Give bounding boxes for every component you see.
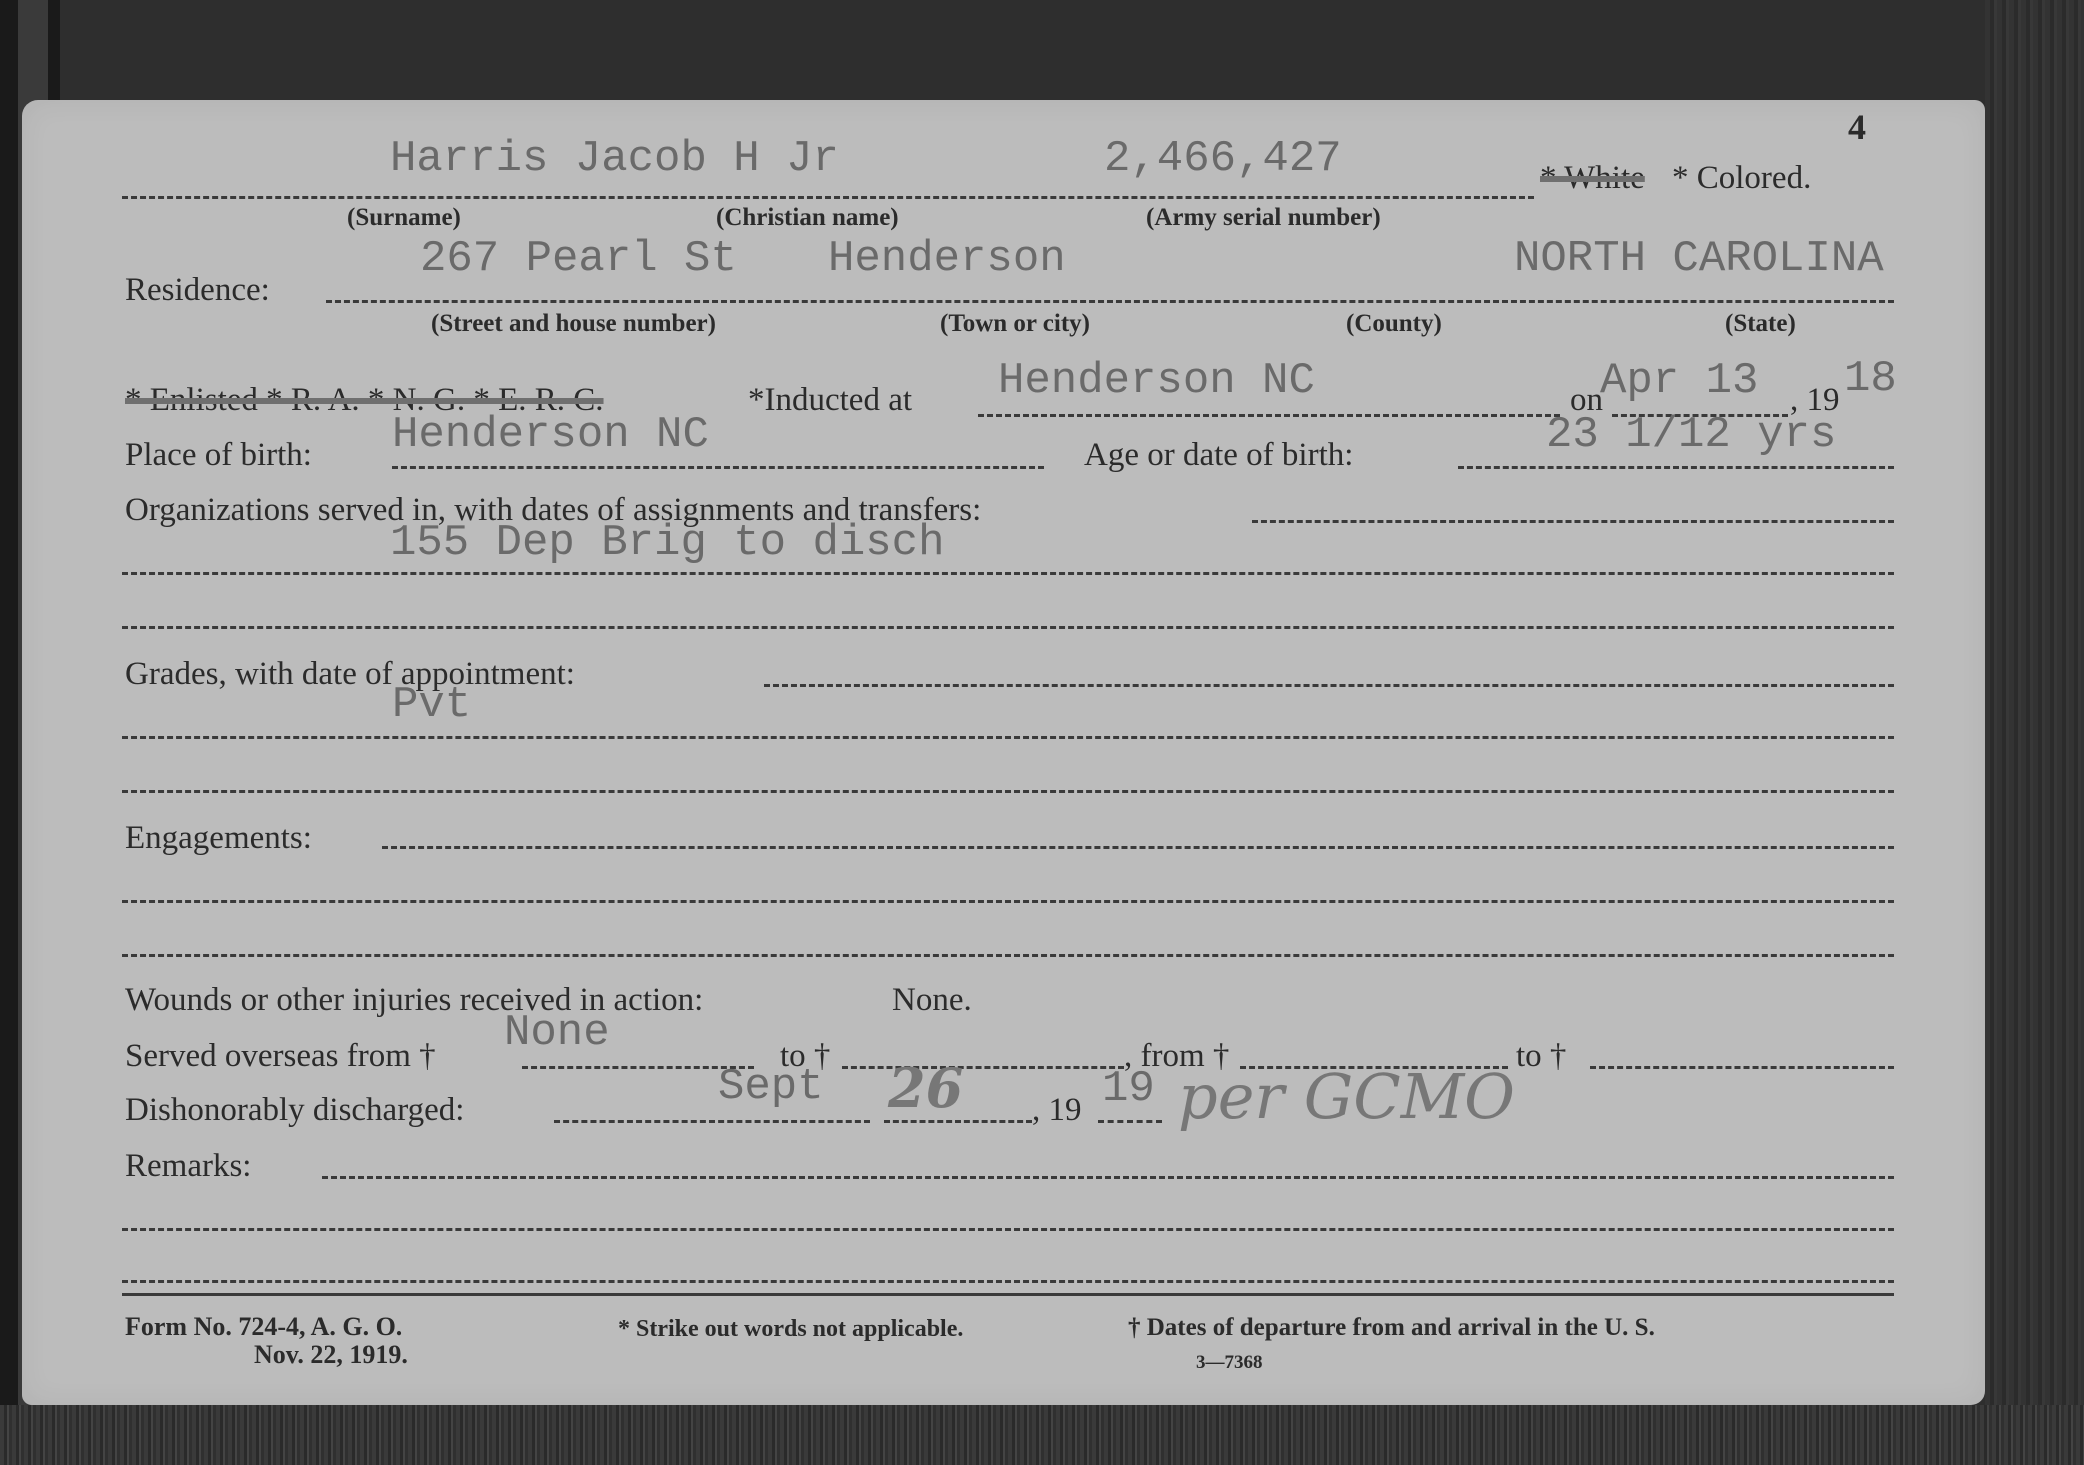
race-option-white: * White <box>1540 160 1645 197</box>
race-option-colored: * Colored. <box>1672 160 1811 197</box>
age-line <box>1458 466 1894 469</box>
residence-state-value: NORTH CAROLINA <box>1514 234 1884 284</box>
service-record-card: 4 Harris Jacob H Jr 2,466,427 * White * … <box>22 100 1985 1405</box>
remarks-label: Remarks: <box>125 1148 251 1185</box>
footer-rule <box>122 1293 1894 1296</box>
form-number: Form No. 724-4, A. G. O. <box>125 1312 402 1342</box>
inducted-at-value: Henderson NC <box>998 356 1315 406</box>
discharge-day-value: 26 <box>888 1056 963 1120</box>
serial-number-value: 2,466,427 <box>1104 134 1342 184</box>
engagements-line-3 <box>122 954 1894 957</box>
place-of-birth-value: Henderson NC <box>392 410 709 460</box>
served-overseas-value: None <box>504 1008 610 1058</box>
organizations-value: 155 Dep Brig to disch <box>390 518 945 568</box>
engagements-line-1 <box>382 846 1894 849</box>
grades-line-3 <box>122 790 1894 793</box>
christian-name-caption: (Christian name) <box>716 204 899 232</box>
name-value: Harris Jacob H Jr <box>390 134 839 184</box>
inducted-at-label: *Inducted at <box>748 382 912 419</box>
printer-code: 3—7368 <box>1196 1352 1263 1374</box>
scan-background-bottom <box>0 1405 2084 1465</box>
discharge-handwritten-note: per GCMO <box>1178 1060 1515 1133</box>
discharge-label: Dishonorably discharged: <box>125 1092 464 1129</box>
inducted-at-line <box>978 414 1560 417</box>
residence-label: Residence: <box>125 272 270 309</box>
card-number: 4 <box>1848 106 1866 148</box>
wounds-value: None. <box>892 982 972 1019</box>
remarks-line-3 <box>122 1280 1894 1283</box>
name-line <box>122 196 1534 199</box>
discharge-year-value: 19 <box>1102 1064 1155 1114</box>
overseas-to-line-2 <box>1590 1066 1894 1069</box>
organizations-line-1 <box>1252 520 1894 523</box>
discharge-month-value: Sept <box>718 1062 824 1112</box>
serial-number-caption: (Army serial number) <box>1146 204 1381 232</box>
place-of-birth-line <box>392 466 1044 469</box>
street-caption: (Street and house number) <box>431 310 716 338</box>
engagements-line-2 <box>122 900 1894 903</box>
served-overseas-label: Served overseas from † <box>125 1038 436 1075</box>
inducted-date-value: Apr 13 <box>1600 356 1758 406</box>
wounds-label: Wounds or other injuries received in act… <box>125 982 703 1019</box>
discharge-month-line <box>554 1120 870 1123</box>
grades-value: Pvt <box>392 680 471 730</box>
state-caption: (State) <box>1725 310 1796 338</box>
scan-background-right <box>1985 0 2084 1465</box>
remarks-line-1 <box>322 1176 1894 1179</box>
dagger-note: † Dates of departure from and arrival in… <box>1128 1314 1655 1342</box>
residence-line <box>326 300 1894 303</box>
overseas-to-label-2: to † <box>1516 1038 1566 1075</box>
residence-town-value: Henderson <box>828 234 1066 284</box>
discharge-day-line <box>884 1120 1032 1123</box>
age-label: Age or date of birth: <box>1084 437 1353 474</box>
organizations-line-3 <box>122 626 1894 629</box>
discharge-year-prefix: , 19 <box>1032 1092 1082 1129</box>
surname-caption: (Surname) <box>347 204 461 232</box>
town-caption: (Town or city) <box>940 310 1090 338</box>
overseas-to-line <box>842 1066 1124 1069</box>
grades-line-2 <box>122 736 1894 739</box>
inducted-year-value: 18 <box>1844 354 1897 404</box>
county-caption: (County) <box>1346 310 1442 338</box>
residence-street-value: 267 Pearl St <box>420 234 737 284</box>
form-date: Nov. 22, 1919. <box>254 1340 408 1370</box>
strike-note: * Strike out words not applicable. <box>618 1316 963 1343</box>
place-of-birth-label: Place of birth: <box>125 437 312 474</box>
grades-label: Grades, with date of appointment: <box>125 656 575 693</box>
remarks-line-2 <box>122 1228 1894 1231</box>
organizations-line-2 <box>122 572 1894 575</box>
age-value: 23 1/12 yrs <box>1546 410 1836 460</box>
engagements-label: Engagements: <box>125 820 312 857</box>
discharge-year-line <box>1098 1120 1162 1123</box>
grades-line-1 <box>764 684 1894 687</box>
